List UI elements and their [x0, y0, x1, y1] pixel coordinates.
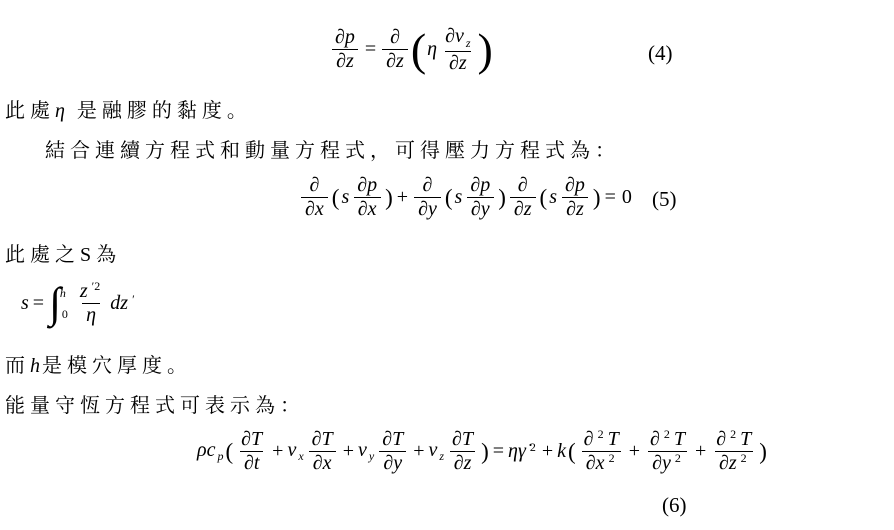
math-symbol: = [490, 440, 507, 463]
math-symbol: 2 [595, 427, 607, 441]
math-variable: ∂z [448, 52, 468, 74]
math-symbol: 2 [727, 427, 739, 441]
equation-s-integral: s=∫h0z′2ηdz′ [20, 280, 138, 327]
fraction: ∂T∂z [448, 428, 477, 475]
superscript-group: ∂2 [649, 428, 673, 451]
math-symbol: + [394, 186, 411, 209]
denominator: ∂t [240, 451, 263, 475]
paren: ( [567, 439, 577, 465]
text-line-combine: 結合連續方程式和動量方程式，可得壓力方程式為： [45, 134, 620, 163]
math-variable: ∂p [334, 26, 356, 48]
math-symbol: ′2 [89, 279, 104, 293]
math-variable: k [556, 440, 567, 463]
numerator: ∂p [466, 174, 494, 197]
subscript: z [465, 36, 472, 50]
paren: ) [758, 439, 768, 465]
equation-6-number: (6) [662, 493, 687, 518]
denominator: ∂z [450, 451, 476, 475]
paren: ( [331, 185, 341, 211]
math-symbol: = [362, 38, 379, 61]
denominator: ∂z [562, 197, 588, 221]
upper-limit: h [59, 286, 71, 301]
math-symbol: 2 [661, 427, 673, 441]
subscript-group: vy [357, 439, 375, 465]
math-variable: ∂z [385, 50, 405, 72]
math-variable: ρc [196, 439, 216, 461]
math-variable: ∂v [444, 25, 465, 47]
denominator: ∂z [510, 197, 536, 221]
math-variable: z [438, 449, 445, 463]
math-variable: ∂ [715, 428, 727, 450]
math-variable: η [426, 38, 438, 61]
math-variable: T [607, 428, 620, 450]
numerator: ∂p [561, 174, 589, 197]
math-variable: ∂T [240, 428, 263, 450]
math-variable: h [59, 286, 67, 300]
superscript: 2 [738, 451, 750, 465]
math-variable: s [20, 292, 30, 315]
big-paren: ) [478, 27, 493, 73]
denominator: ∂x [301, 197, 328, 221]
equation-5-number: (5) [652, 187, 677, 212]
math-variable: ∂p [564, 174, 586, 196]
math-variable: ∂y [470, 198, 491, 220]
denominator: ∂y [467, 197, 494, 221]
inline-variable: h [30, 355, 42, 377]
equation-4-number: (4) [648, 41, 673, 66]
text-run: 結合連續方程式和動量方程式，可得壓力方程式為： [45, 140, 620, 162]
superscript-group: ∂2 [583, 428, 607, 451]
fraction: ∂2T∂z2 [712, 428, 755, 475]
math-symbol: 0 [619, 186, 635, 209]
text-line-s-definition: 此處之S為 [5, 238, 121, 267]
superscript: ′ [129, 292, 138, 306]
numerator: ∂ [386, 26, 404, 49]
math-symbol: + [269, 440, 286, 463]
numerator: ∂ [419, 174, 437, 197]
math-variable: ∂x [585, 452, 606, 474]
math-variable: ∂z [513, 198, 533, 220]
math-variable: dz [109, 292, 129, 314]
numerator: ∂T [378, 428, 407, 451]
superscript-group: ∂z2 [718, 452, 750, 475]
math-variable: ∂ [422, 174, 434, 196]
math-variable: ∂x [357, 198, 378, 220]
math-variable: z [465, 36, 472, 50]
fraction: ∂T∂t [237, 428, 266, 475]
fraction: ∂∂z [382, 26, 408, 73]
math-variable: s [454, 186, 464, 209]
text-run: 此處 [5, 100, 55, 122]
subscript: x [297, 449, 304, 463]
superscript: 2 [527, 440, 539, 454]
numerator: ∂p [353, 174, 381, 197]
math-variable: ∂x [304, 198, 325, 220]
document-page: ∂p∂z=∂∂z(η∂vz∂z) (4) 此處η 是融膠的黏度。 結合連續方程式… [0, 0, 894, 530]
numerator: ∂T [237, 428, 266, 451]
subscript-group: vz [427, 439, 445, 465]
math-variable: y [368, 449, 375, 463]
math-variable: ∂ [583, 428, 595, 450]
math-variable: v [286, 439, 297, 461]
superscript-group: ∂y2 [651, 452, 684, 475]
numerator: ∂vz [441, 25, 474, 51]
paren: ( [444, 185, 454, 211]
math-variable: ∂z [565, 198, 585, 220]
subscript-group: vx [286, 439, 304, 465]
paren: ) [592, 185, 602, 211]
numerator: ∂ [514, 174, 532, 197]
subscript: y [368, 449, 375, 463]
superscript-group: ∂2 [715, 428, 739, 451]
text-line-energy: 能量守恆方程式可表示為： [5, 389, 305, 418]
fraction: ∂p∂y [466, 174, 494, 221]
paren: ) [497, 185, 507, 211]
numerator: ∂2T [646, 428, 689, 451]
math-variable: ∂y [651, 452, 672, 474]
text-run: 而 [5, 355, 30, 377]
fraction: ∂∂y [414, 174, 441, 221]
equation-4: ∂p∂z=∂∂z(η∂vz∂z) [328, 25, 493, 75]
text-line-thickness: 而h是模穴厚度。 [5, 349, 192, 378]
math-variable: v [357, 439, 368, 461]
superscript: 2 [595, 427, 607, 441]
math-symbol: 2 [738, 451, 750, 465]
math-variable: ∂ [649, 428, 661, 450]
math-variable: ∂y [417, 198, 438, 220]
equation-6: ρcp(∂T∂t+vx∂T∂x+vy∂T∂y+vz∂T∂z)=ηγ̇2+k(∂2… [196, 428, 768, 475]
denominator: η [82, 303, 100, 327]
math-variable: η [85, 304, 97, 326]
math-variable: s [340, 186, 350, 209]
subscript-group: ∂vz [444, 25, 471, 51]
numerator: z′2 [76, 280, 106, 303]
denominator: ∂y [414, 197, 441, 221]
text-run: 能量守恆方程式可表示為： [5, 395, 305, 417]
denominator: ∂z [445, 51, 471, 75]
denominator: ∂z [332, 49, 358, 73]
math-variable: ∂z [453, 452, 473, 474]
denominator: ∂y [379, 451, 406, 475]
integral-limits: h0 [59, 285, 71, 322]
denominator: ∂x [309, 451, 336, 475]
text-line-viscosity: 此處η 是融膠的黏度。 [5, 94, 252, 123]
fraction: ∂p∂z [331, 26, 359, 73]
math-symbol: 2 [527, 440, 539, 454]
inline-variable: η [55, 100, 67, 122]
fraction: ∂T∂x [308, 428, 337, 475]
fraction: ∂2T∂x2 [580, 428, 623, 475]
math-variable: ∂x [312, 452, 333, 474]
math-symbol: + [539, 440, 556, 463]
denominator: ∂y2 [648, 451, 687, 475]
math-variable: T [673, 428, 686, 450]
math-symbol: = [602, 186, 619, 209]
math-variable: ∂ [389, 26, 401, 48]
text-run: 是模穴厚度。 [42, 355, 192, 377]
superscript-group: z′2 [79, 280, 103, 303]
big-paren: ( [411, 27, 426, 73]
superscript-group: dz′ [109, 292, 137, 316]
math-variable: s [548, 186, 558, 209]
text-run: 是融膠的黏度。 [67, 100, 252, 122]
superscript: 2 [727, 427, 739, 441]
numerator: ∂2T [580, 428, 623, 451]
superscript: 2 [661, 427, 673, 441]
equation-5: ∂∂x(s∂p∂x)+∂∂y(s∂p∂y)∂∂z(s∂p∂z)=0 [298, 174, 635, 221]
math-variable: ∂p [356, 174, 378, 196]
math-variable: T [739, 428, 752, 450]
superscript-group: ∂x2 [585, 452, 618, 475]
text-run: 此處之S為 [5, 244, 121, 266]
subscript: z [438, 449, 445, 463]
paren: ( [224, 439, 234, 465]
numerator: ∂ [305, 174, 323, 197]
math-symbol: 2 [672, 451, 684, 465]
numerator: ∂2T [712, 428, 755, 451]
lower-limit: 0 [59, 307, 71, 322]
math-variable: ∂z [718, 452, 738, 474]
denominator: ∂z [382, 49, 408, 73]
math-variable: ∂ [308, 174, 320, 196]
denominator: ∂x2 [582, 451, 621, 475]
math-symbol: + [340, 440, 357, 463]
superscript: 2 [606, 451, 618, 465]
math-symbol: + [692, 440, 709, 463]
math-symbol: = [30, 292, 47, 315]
integral: ∫h0 [49, 282, 71, 325]
paren: ) [480, 439, 490, 465]
fraction: ∂vz∂z [441, 25, 474, 75]
fraction: ∂∂z [510, 174, 536, 221]
math-variable: ∂p [469, 174, 491, 196]
math-variable: ∂T [381, 428, 404, 450]
math-variable: ∂t [243, 452, 260, 474]
numerator: ∂T [448, 428, 477, 451]
fraction: ∂∂x [301, 174, 328, 221]
math-variable: ∂z [335, 50, 355, 72]
math-variable: ηγ̇ [507, 440, 527, 462]
fraction: ∂p∂x [353, 174, 381, 221]
math-variable: ∂y [382, 452, 403, 474]
math-symbol: 0 [59, 307, 71, 321]
math-variable: ∂T [451, 428, 474, 450]
paren: ) [384, 185, 394, 211]
fraction: z′2η [76, 280, 106, 327]
superscript: 2 [672, 451, 684, 465]
math-variable: z [79, 280, 89, 302]
numerator: ∂p [331, 26, 359, 49]
superscript: ′2 [89, 279, 104, 293]
math-variable: v [427, 439, 438, 461]
numerator: ∂T [308, 428, 337, 451]
math-variable: ∂ [517, 174, 529, 196]
math-variable: p [216, 449, 224, 463]
paren: ( [539, 185, 549, 211]
math-symbol: + [626, 440, 643, 463]
subscript: p [216, 449, 224, 463]
fraction: ∂p∂z [561, 174, 589, 221]
fraction: ∂T∂y [378, 428, 407, 475]
denominator: ∂z2 [715, 451, 753, 475]
subscript-group: ρcp [196, 439, 224, 465]
denominator: ∂x [354, 197, 381, 221]
math-symbol: + [410, 440, 427, 463]
math-symbol: ′ [129, 292, 138, 306]
math-variable: ∂T [311, 428, 334, 450]
math-symbol: 2 [606, 451, 618, 465]
superscript-group: ηγ̇2 [507, 440, 539, 464]
fraction: ∂2T∂y2 [646, 428, 689, 475]
math-variable: x [297, 449, 304, 463]
